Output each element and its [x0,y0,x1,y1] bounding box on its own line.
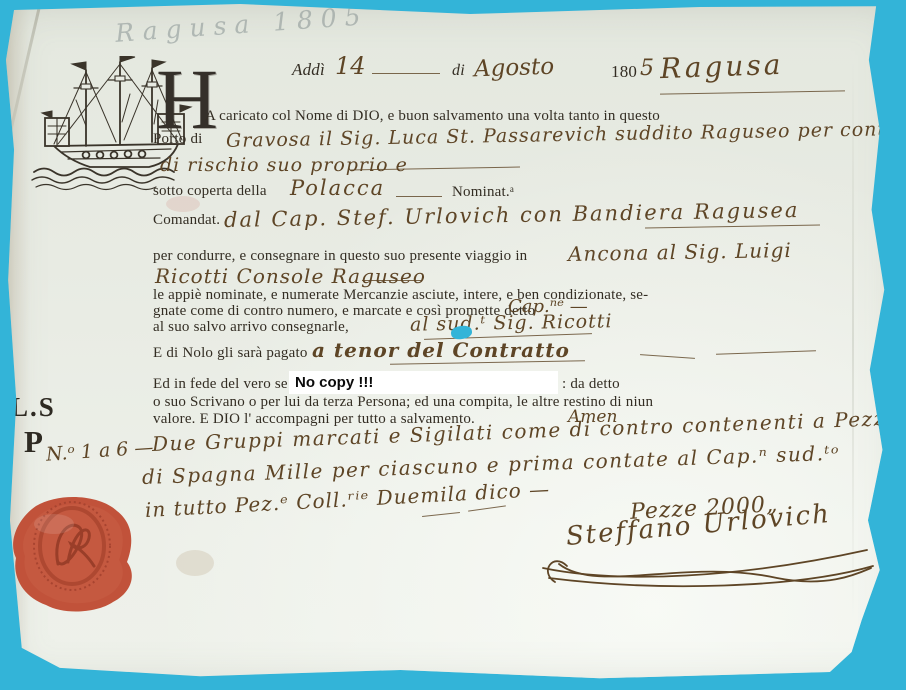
scanned-document-photo: Ragusa 1805 [0,0,906,690]
printed-per-condurre: per condurre, e consegnare in questo suo… [153,248,527,265]
printed-di-label: di [452,62,465,80]
printed-addi-label: Addì [292,60,325,80]
brown-stain [176,550,214,576]
wax-seal [4,490,149,620]
flourish-line [645,224,820,228]
handwritten-ricotti-console: Ricotti Console Raguseo [155,264,426,288]
no-copy-label: No copy !!! [289,371,373,394]
printed-nolo: E di Nolo gli sarà pagato [153,345,308,362]
flourish-line [716,350,816,354]
printed-ed-in-fede: Ed in fede del vero se [153,376,288,393]
flourish-line [468,505,506,511]
flourish-line [640,354,695,359]
handwritten-month: Agosto [474,54,555,83]
flourish-line [396,196,442,197]
cargo-number: N.ᵒ 1 a 6 — [45,436,154,465]
handwritten-day: 14 [335,52,366,80]
handwritten-sudt-ricotti: al sud.ᵗ Sig. Ricotti [410,310,613,336]
printed-al-suo-salvo: al suo salvo arrivo consegnarle, [153,319,349,336]
handwritten-year-digit: 5 [640,56,654,81]
printed-da-detto: : da detto [562,376,620,393]
signature-flourish [535,540,880,595]
handwritten-polacca: Polacca [290,176,385,200]
paper-crease [852,60,854,620]
handwritten-tenor-contratto: a tenor del Contratto [312,338,570,362]
pencil-inscription: Ragusa 1805 [114,1,369,48]
handwritten-place: Ragusa [659,48,784,85]
flourish-line [422,512,460,517]
handwritten-rischio: di rischio suo proprio e [160,154,408,176]
flourish-line [372,73,440,74]
margin-p: P [24,424,43,460]
printed-comandat: Comandat. [153,212,220,229]
printed-porto-di: Porto di [153,131,203,148]
flourish-line [362,280,422,281]
printed-year: 180 [611,62,637,82]
flourish-line [660,90,845,94]
printed-sotto-coperta: sotto coperta della [153,183,267,200]
no-copy-watermark: No copy !!! [289,371,558,394]
margin-ls: L.S [10,392,56,423]
printed-nominata: Nominat.ᵃ [452,184,514,201]
handwritten-ancona: Ancona al Sig. Luigi [568,238,792,266]
document-paper: Ragusa 1805 [0,0,906,690]
printed-line-caricato: A caricato col Nome di DIO, e buon salva… [205,108,660,125]
